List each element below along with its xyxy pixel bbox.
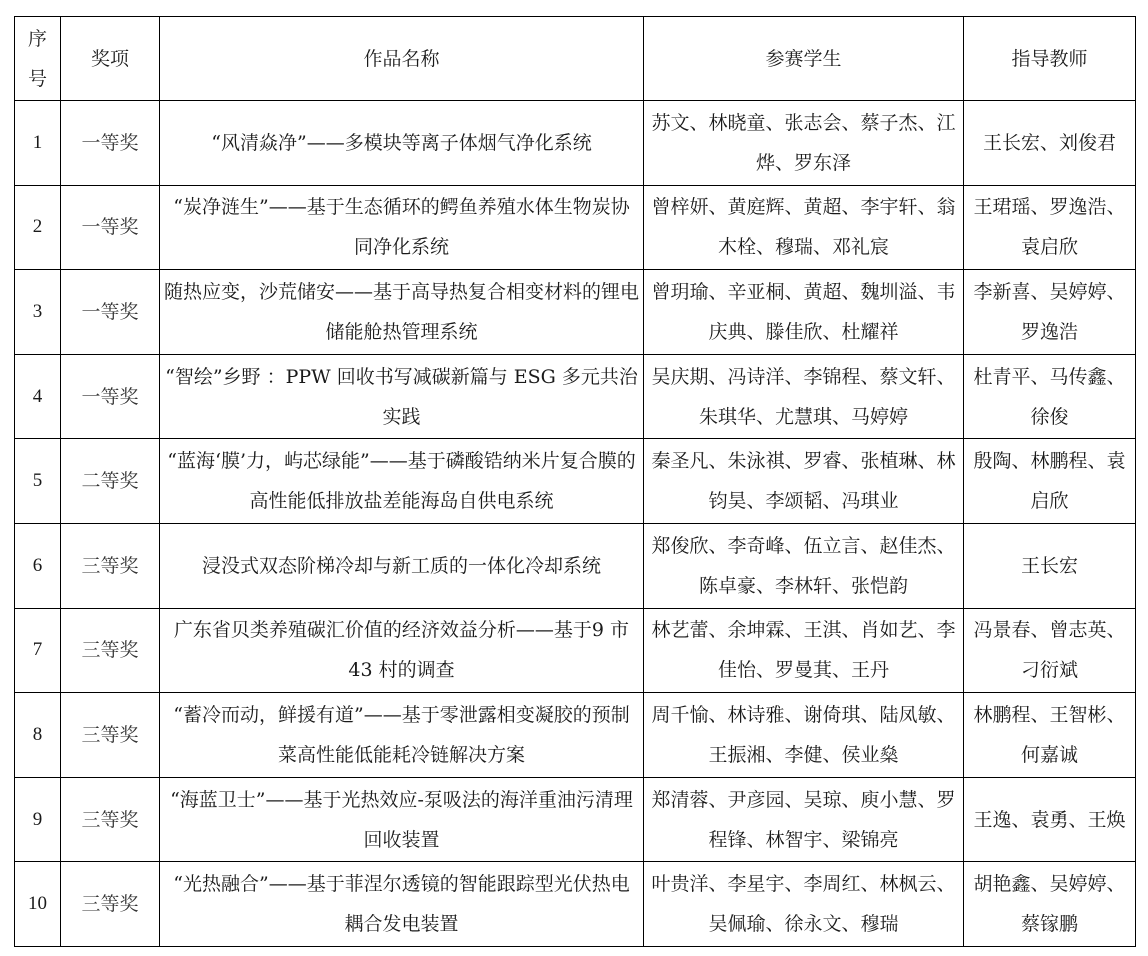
- cell-teachers: 殷陶、林鹏程、袁启欣: [964, 439, 1136, 524]
- cell-students: 曾梓妍、黄庭辉、黄超、李宇轩、翁木栓、穆瑞、邓礼宸: [644, 185, 964, 270]
- table-row: 9 三等奖 “海蓝卫士”——基于光热效应-泵吸法的海洋重油污清理回收装置 郑清蓉…: [15, 777, 1136, 862]
- cell-award: 三等奖: [61, 862, 160, 947]
- cell-students: 郑俊欣、李奇峰、伍立言、赵佳杰、陈卓豪、李林轩、张恺韵: [644, 523, 964, 608]
- cell-serial-number: 3: [15, 270, 61, 355]
- cell-teachers: 胡艳鑫、吴婷婷、蔡镓鹏: [964, 862, 1136, 947]
- cell-teachers: 冯景春、曾志英、刁衍斌: [964, 608, 1136, 693]
- table-row: 10 三等奖 “光热融合”——基于菲涅尔透镜的智能跟踪型光伏热电耦合发电装置 叶…: [15, 862, 1136, 947]
- cell-title: 广东省贝类养殖碳汇价值的经济效益分析——基于9 市 43 村的调查: [160, 608, 644, 693]
- cell-title: “海蓝卫士”——基于光热效应-泵吸法的海洋重油污清理回收装置: [160, 777, 644, 862]
- table-row: 7 三等奖 广东省贝类养殖碳汇价值的经济效益分析——基于9 市 43 村的调查 …: [15, 608, 1136, 693]
- table-row: 6 三等奖 浸没式双态阶梯冷却与新工质的一体化冷却系统 郑俊欣、李奇峰、伍立言、…: [15, 523, 1136, 608]
- cell-title: “光热融合”——基于菲涅尔透镜的智能跟踪型光伏热电耦合发电装置: [160, 862, 644, 947]
- cell-teachers: 王长宏: [964, 523, 1136, 608]
- header-title: 作品名称: [160, 17, 644, 101]
- cell-students: 苏文、林晓童、张志会、蔡子杰、江烨、罗东泽: [644, 101, 964, 186]
- cell-serial-number: 6: [15, 523, 61, 608]
- cell-serial-number: 7: [15, 608, 61, 693]
- cell-teachers: 李新喜、吴婷婷、罗逸浩: [964, 270, 1136, 355]
- header-serial-line2: 号: [19, 59, 56, 99]
- cell-teachers: 林鹏程、王智彬、何嘉诚: [964, 693, 1136, 778]
- cell-award: 一等奖: [61, 101, 160, 186]
- header-serial-line1: 序: [19, 19, 56, 59]
- header-award: 奖项: [61, 17, 160, 101]
- cell-title: 浸没式双态阶梯冷却与新工质的一体化冷却系统: [160, 523, 644, 608]
- cell-students: 吴庆期、冯诗洋、李锦程、蔡文轩、朱琪华、尤慧琪、马婷婷: [644, 354, 964, 439]
- cell-serial-number: 4: [15, 354, 61, 439]
- cell-title: “蓄冷而动，鲜援有道”——基于零泄露相变凝胶的预制菜高性能低能耗冷链解决方案: [160, 693, 644, 778]
- cell-teachers: 杜青平、马传鑫、徐俊: [964, 354, 1136, 439]
- cell-title: “智绘”乡野 ：PPW 回收书写减碳新篇与 ESG 多元共治实践: [160, 354, 644, 439]
- table-row: 3 一等奖 随热应变，沙荒储安——基于高导热复合相变材料的锂电储能舱热管理系统 …: [15, 270, 1136, 355]
- cell-award: 二等奖: [61, 439, 160, 524]
- header-students: 参赛学生: [644, 17, 964, 101]
- cell-serial-number: 1: [15, 101, 61, 186]
- cell-title: “风清焱净”——多模块等离子体烟气净化系统: [160, 101, 644, 186]
- cell-award: 三等奖: [61, 693, 160, 778]
- cell-students: 叶贵洋、李星宇、李周红、林枫云、吴佩瑜、徐永文、穆瑞: [644, 862, 964, 947]
- cell-teachers: 王珺瑶、罗逸浩、袁启欣: [964, 185, 1136, 270]
- table-row: 8 三等奖 “蓄冷而动，鲜援有道”——基于零泄露相变凝胶的预制菜高性能低能耗冷链…: [15, 693, 1136, 778]
- cell-title: “炭净涟生”——基于生态循环的鳄鱼养殖水体生物炭协同净化系统: [160, 185, 644, 270]
- table-header-row: 序 号 奖项 作品名称 参赛学生 指导教师: [15, 17, 1136, 101]
- cell-award: 三等奖: [61, 523, 160, 608]
- cell-students: 秦圣凡、朱泳祺、罗睿、张植琳、林钧昊、李颂韬、冯琪业: [644, 439, 964, 524]
- cell-award: 一等奖: [61, 354, 160, 439]
- cell-serial-number: 5: [15, 439, 61, 524]
- cell-students: 郑清蓉、尹彦园、吴琼、庾小慧、罗程锋、林智宇、梁锦亮: [644, 777, 964, 862]
- cell-serial-number: 10: [15, 862, 61, 947]
- cell-teachers: 王逸、袁勇、王焕: [964, 777, 1136, 862]
- table-row: 4 一等奖 “智绘”乡野 ：PPW 回收书写减碳新篇与 ESG 多元共治实践 吴…: [15, 354, 1136, 439]
- cell-serial-number: 8: [15, 693, 61, 778]
- cell-award: 一等奖: [61, 185, 160, 270]
- cell-serial-number: 9: [15, 777, 61, 862]
- cell-title: “蓝海‘膜’力，屿芯绿能”——基于磷酸锆纳米片复合膜的高性能低排放盐差能海岛自供…: [160, 439, 644, 524]
- cell-students: 曾玥瑜、辛亚桐、黄超、魏圳溢、韦庆典、滕佳欣、杜耀祥: [644, 270, 964, 355]
- header-teachers: 指导教师: [964, 17, 1136, 101]
- cell-award: 三等奖: [61, 777, 160, 862]
- cell-title: 随热应变，沙荒储安——基于高导热复合相变材料的锂电储能舱热管理系统: [160, 270, 644, 355]
- cell-award: 一等奖: [61, 270, 160, 355]
- cell-teachers: 王长宏、刘俊君: [964, 101, 1136, 186]
- table-row: 1 一等奖 “风清焱净”——多模块等离子体烟气净化系统 苏文、林晓童、张志会、蔡…: [15, 101, 1136, 186]
- cell-serial-number: 2: [15, 185, 61, 270]
- awards-table: 序 号 奖项 作品名称 参赛学生 指导教师 1 一等奖 “风清焱净”——多模块等…: [14, 16, 1136, 947]
- table-row: 2 一等奖 “炭净涟生”——基于生态循环的鳄鱼养殖水体生物炭协同净化系统 曾梓妍…: [15, 185, 1136, 270]
- table-row: 5 二等奖 “蓝海‘膜’力，屿芯绿能”——基于磷酸锆纳米片复合膜的高性能低排放盐…: [15, 439, 1136, 524]
- cell-students: 周千愉、林诗雅、谢倚琪、陆凤敏、王振湘、李健、侯业燊: [644, 693, 964, 778]
- header-serial-number: 序 号: [15, 17, 61, 101]
- cell-students: 林艺蕾、余坤霖、王淇、肖如艺、李佳怡、罗曼萁、王丹: [644, 608, 964, 693]
- cell-award: 三等奖: [61, 608, 160, 693]
